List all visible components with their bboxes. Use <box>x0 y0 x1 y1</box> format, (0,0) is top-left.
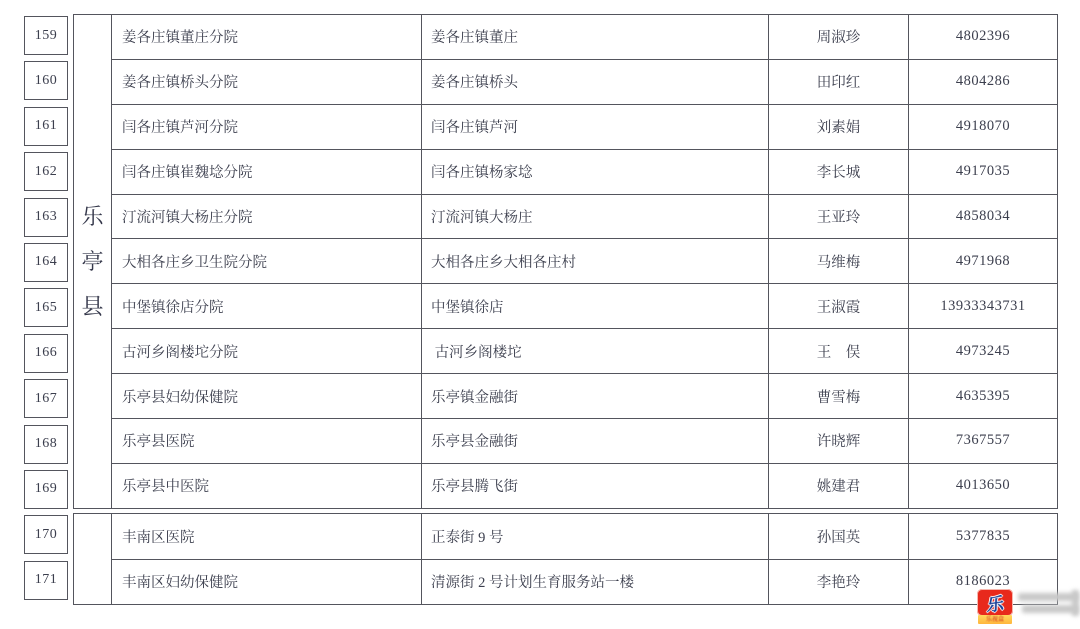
phone-cell: 5377835 <box>909 514 1058 560</box>
badge-caption: 乐视盒 <box>986 617 1004 623</box>
phone-cell: 4013650 <box>909 463 1058 508</box>
badge-caption-strip: 乐视盒 <box>978 615 1012 624</box>
facility-name-cell: 丰南区妇幼保健院 <box>112 559 422 605</box>
table-row: 汀流河镇大杨庄分院 汀流河镇大杨庄 王亚玲 4858034 <box>74 194 1058 239</box>
address-cell: 乐亭县腾飞街 <box>422 463 769 508</box>
contact-cell: 田印红 <box>769 59 909 104</box>
row-number: 168 <box>24 425 68 464</box>
facility-name-cell: 丰南区医院 <box>112 514 422 560</box>
hospital-table-fengnan: 丰南区医院 正泰街 9 号 孙国英 5377835 丰南区妇幼保健院 清源街 2… <box>73 513 1058 605</box>
address-cell: 姜各庄镇桥头 <box>422 59 769 104</box>
table-row: 闫各庄镇芦河分院 闫各庄镇芦河 刘素娟 4918070 <box>74 104 1058 149</box>
watermark-smudge <box>1022 605 1078 613</box>
address-cell: 大相各庄乡大相各庄村 <box>422 239 769 284</box>
row-number: 163 <box>24 198 68 237</box>
badge-glyph: 乐 <box>986 589 1004 616</box>
table-row: 闫各庄镇崔魏埝分院 闫各庄镇杨家埝 李长城 4917035 <box>74 149 1058 194</box>
contact-cell: 李长城 <box>769 149 909 194</box>
contact-cell: 许晓辉 <box>769 419 909 464</box>
table-row: 大相各庄乡卫生院分院 大相各庄乡大相各庄村 马维梅 4971968 <box>74 239 1058 284</box>
watermark-smudge <box>1072 590 1079 616</box>
table-row: 乐亭县妇幼保健院 乐亭镇金融街 曹雪梅 4635395 <box>74 374 1058 419</box>
facility-name-cell: 姜各庄镇桥头分院 <box>112 59 422 104</box>
phone-cell: 4858034 <box>909 194 1058 239</box>
facility-name-cell: 古河乡阁楼坨分院 <box>112 329 422 374</box>
county-label: 乐亭县 <box>81 194 105 329</box>
address-cell: 乐亭县金融街 <box>422 419 769 464</box>
contact-cell: 孙国英 <box>769 514 909 560</box>
facility-name-cell: 大相各庄乡卫生院分院 <box>112 239 422 284</box>
phone-cell: 4917035 <box>909 149 1058 194</box>
address-cell: 闫各庄镇杨家埝 <box>422 149 769 194</box>
contact-cell: 王 俣 <box>769 329 909 374</box>
contact-cell: 周淑珍 <box>769 15 909 60</box>
row-number: 160 <box>24 61 68 100</box>
county-cell-empty <box>74 514 112 605</box>
table-row: 丰南区妇幼保健院 清源街 2 号计划生育服务站一楼 李艳玲 8186023 <box>74 559 1058 605</box>
phone-cell: 4918070 <box>909 104 1058 149</box>
table-row: 乐亭县中医院 乐亭县腾飞街 姚建君 4013650 <box>74 463 1058 508</box>
address-cell: 中堡镇徐店 <box>422 284 769 329</box>
table-row: 古河乡阁楼坨分院 古河乡阁楼坨 王 俣 4973245 <box>74 329 1058 374</box>
table-row: 乐亭县 姜各庄镇董庄分院 姜各庄镇董庄 周淑珍 4802396 <box>74 15 1058 60</box>
phone-cell: 13933343731 <box>909 284 1058 329</box>
phone-cell: 4802396 <box>909 15 1058 60</box>
contact-cell: 姚建君 <box>769 463 909 508</box>
row-number-column: 159 160 161 162 163 164 165 166 167 168 … <box>24 16 68 600</box>
address-cell: 姜各庄镇董庄 <box>422 15 769 60</box>
phone-cell: 4971968 <box>909 239 1058 284</box>
contact-cell: 李艳玲 <box>769 559 909 605</box>
row-number: 159 <box>24 16 68 55</box>
facility-name-cell: 闫各庄镇崔魏埝分院 <box>112 149 422 194</box>
address-cell: 清源街 2 号计划生育服务站一楼 <box>422 559 769 605</box>
facility-name-cell: 闫各庄镇芦河分院 <box>112 104 422 149</box>
table-row: 中堡镇徐店分院 中堡镇徐店 王淑霞 13933343731 <box>74 284 1058 329</box>
address-cell: 古河乡阁楼坨 <box>422 329 769 374</box>
row-number: 171 <box>24 561 68 600</box>
facility-name-cell: 乐亭县医院 <box>112 419 422 464</box>
row-number: 162 <box>24 152 68 191</box>
contact-cell: 王淑霞 <box>769 284 909 329</box>
app-badge: 乐 乐视盒 <box>977 589 1013 626</box>
facility-name-cell: 姜各庄镇董庄分院 <box>112 15 422 60</box>
address-cell: 乐亭镇金融街 <box>422 374 769 419</box>
watermark-smudge <box>1018 593 1078 601</box>
table-row: 姜各庄镇桥头分院 姜各庄镇桥头 田印红 4804286 <box>74 59 1058 104</box>
phone-cell: 7367557 <box>909 419 1058 464</box>
facility-name-cell: 中堡镇徐店分院 <box>112 284 422 329</box>
table-row: 乐亭县医院 乐亭县金融街 许晓辉 7367557 <box>74 419 1058 464</box>
table-row: 丰南区医院 正泰街 9 号 孙国英 5377835 <box>74 514 1058 560</box>
facility-name-cell: 汀流河镇大杨庄分院 <box>112 194 422 239</box>
badge-logo-icon: 乐 <box>977 589 1013 616</box>
address-cell: 闫各庄镇芦河 <box>422 104 769 149</box>
contact-cell: 马维梅 <box>769 239 909 284</box>
row-number: 167 <box>24 379 68 418</box>
row-number: 166 <box>24 334 68 373</box>
contact-cell: 王亚玲 <box>769 194 909 239</box>
address-cell: 正泰街 9 号 <box>422 514 769 560</box>
facility-name-cell: 乐亭县中医院 <box>112 463 422 508</box>
address-cell: 汀流河镇大杨庄 <box>422 194 769 239</box>
row-number: 165 <box>24 288 68 327</box>
phone-cell: 4635395 <box>909 374 1058 419</box>
contact-cell: 刘素娟 <box>769 104 909 149</box>
contact-cell: 曹雪梅 <box>769 374 909 419</box>
hospital-table-leting: 乐亭县 姜各庄镇董庄分院 姜各庄镇董庄 周淑珍 4802396 姜各庄镇桥头分院… <box>73 14 1058 509</box>
row-number: 164 <box>24 243 68 282</box>
row-number: 170 <box>24 515 68 554</box>
phone-cell: 4804286 <box>909 59 1058 104</box>
row-number: 169 <box>24 470 68 509</box>
row-number: 161 <box>24 107 68 146</box>
phone-cell: 4973245 <box>909 329 1058 374</box>
facility-name-cell: 乐亭县妇幼保健院 <box>112 374 422 419</box>
county-cell: 乐亭县 <box>74 15 112 509</box>
